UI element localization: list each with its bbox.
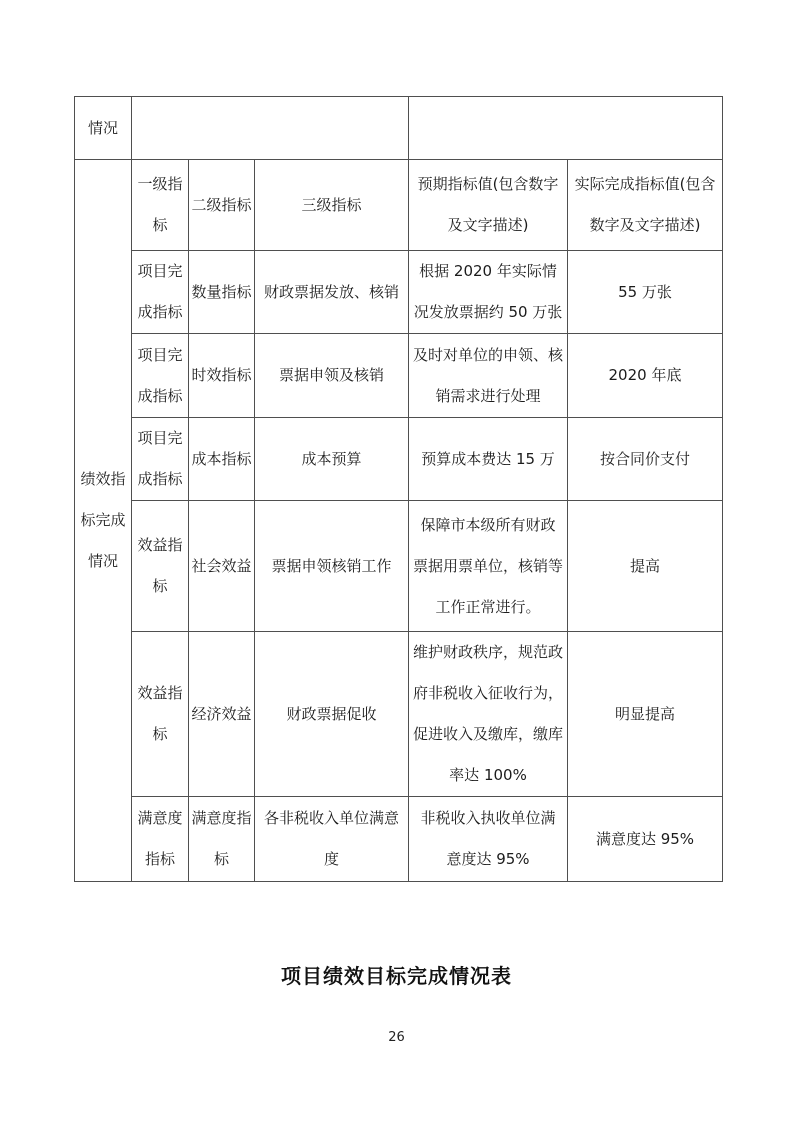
table-row: 效益指 标 社会效益 票据申领核销工作 保障市本级所有财政 票据用票单位，核销等… bbox=[75, 501, 723, 632]
table-row: 项目完 成指标 时效指标 票据申领及核销 及时对单位的申领、核 销需求进行处理 … bbox=[75, 334, 723, 418]
cell-level1: 项目完 成指标 bbox=[132, 334, 189, 418]
carryover-empty-right-cell bbox=[409, 97, 723, 160]
cell-level1: 满意度 指标 bbox=[132, 797, 189, 882]
table-row: 项目完 成指标 成本指标 成本预算 预算成本费达 15 万 按合同价支付 bbox=[75, 418, 723, 501]
header-level1-cell: 一级指 标 bbox=[132, 160, 189, 251]
cell-expected: 保障市本级所有财政 票据用票单位，核销等 工作正常进行。 bbox=[409, 501, 568, 632]
cell-actual: 按合同价支付 bbox=[568, 418, 723, 501]
cell-level2: 满意度指 标 bbox=[189, 797, 255, 882]
performance-indicator-table: 情况 绩效指 标完成 情况 一级指 标 二级指标 三级指标 预期指标值(包含数字… bbox=[74, 96, 723, 882]
cell-level2: 成本指标 bbox=[189, 418, 255, 501]
header-expected-cell: 预期指标值(包含数字 及文字描述) bbox=[409, 160, 568, 251]
header-level3-cell: 三级指标 bbox=[255, 160, 409, 251]
cell-level2: 经济效益 bbox=[189, 632, 255, 797]
cell-expected: 维护财政秩序，规范政 府非税收入征收行为， 促进收入及缴库，缴库 率达 100% bbox=[409, 632, 568, 797]
cell-actual: 提高 bbox=[568, 501, 723, 632]
cell-expected: 根据 2020 年实际情 况发放票据约 50 万张 bbox=[409, 251, 568, 334]
cell-level3: 财政票据促收 bbox=[255, 632, 409, 797]
table-row: 效益指 标 经济效益 财政票据促收 维护财政秩序，规范政 府非税收入征收行为， … bbox=[75, 632, 723, 797]
cell-actual: 2020 年底 bbox=[568, 334, 723, 418]
cell-level1: 效益指 标 bbox=[132, 501, 189, 632]
table-row: 满意度 指标 满意度指 标 各非税收入单位满意 度 非税收入执收单位满 意度达 … bbox=[75, 797, 723, 882]
table-row: 项目完 成指标 数量指标 财政票据发放、核销 根据 2020 年实际情 况发放票… bbox=[75, 251, 723, 334]
page-number: 26 bbox=[0, 1030, 793, 1045]
cell-expected: 及时对单位的申领、核 销需求进行处理 bbox=[409, 334, 568, 418]
carryover-empty-mid-cell bbox=[132, 97, 409, 160]
footer-table-title: 项目绩效目标完成情况表 bbox=[0, 960, 793, 989]
table-header-row: 绩效指 标完成 情况 一级指 标 二级指标 三级指标 预期指标值(包含数字 及文… bbox=[75, 160, 723, 251]
cell-expected: 非税收入执收单位满 意度达 95% bbox=[409, 797, 568, 882]
carryover-row: 情况 bbox=[75, 97, 723, 160]
cell-level2: 数量指标 bbox=[189, 251, 255, 334]
cell-level3: 票据申领及核销 bbox=[255, 334, 409, 418]
cell-level1: 项目完 成指标 bbox=[132, 418, 189, 501]
header-actual-cell: 实际完成指标值(包含 数字及文字描述) bbox=[568, 160, 723, 251]
document-page: 情况 绩效指 标完成 情况 一级指 标 二级指标 三级指标 预期指标值(包含数字… bbox=[0, 0, 793, 1122]
cell-level3: 票据申领核销工作 bbox=[255, 501, 409, 632]
cell-level1: 项目完 成指标 bbox=[132, 251, 189, 334]
cell-level3: 各非税收入单位满意 度 bbox=[255, 797, 409, 882]
carryover-label-cell: 情况 bbox=[75, 97, 132, 160]
cell-expected: 预算成本费达 15 万 bbox=[409, 418, 568, 501]
cell-level3: 财政票据发放、核销 bbox=[255, 251, 409, 334]
cell-actual: 满意度达 95% bbox=[568, 797, 723, 882]
cell-actual: 明显提高 bbox=[568, 632, 723, 797]
row-group-label-cell: 绩效指 标完成 情况 bbox=[75, 160, 132, 882]
cell-level2: 时效指标 bbox=[189, 334, 255, 418]
cell-actual: 55 万张 bbox=[568, 251, 723, 334]
cell-level2: 社会效益 bbox=[189, 501, 255, 632]
header-level2-cell: 二级指标 bbox=[189, 160, 255, 251]
cell-level3: 成本预算 bbox=[255, 418, 409, 501]
cell-level1: 效益指 标 bbox=[132, 632, 189, 797]
